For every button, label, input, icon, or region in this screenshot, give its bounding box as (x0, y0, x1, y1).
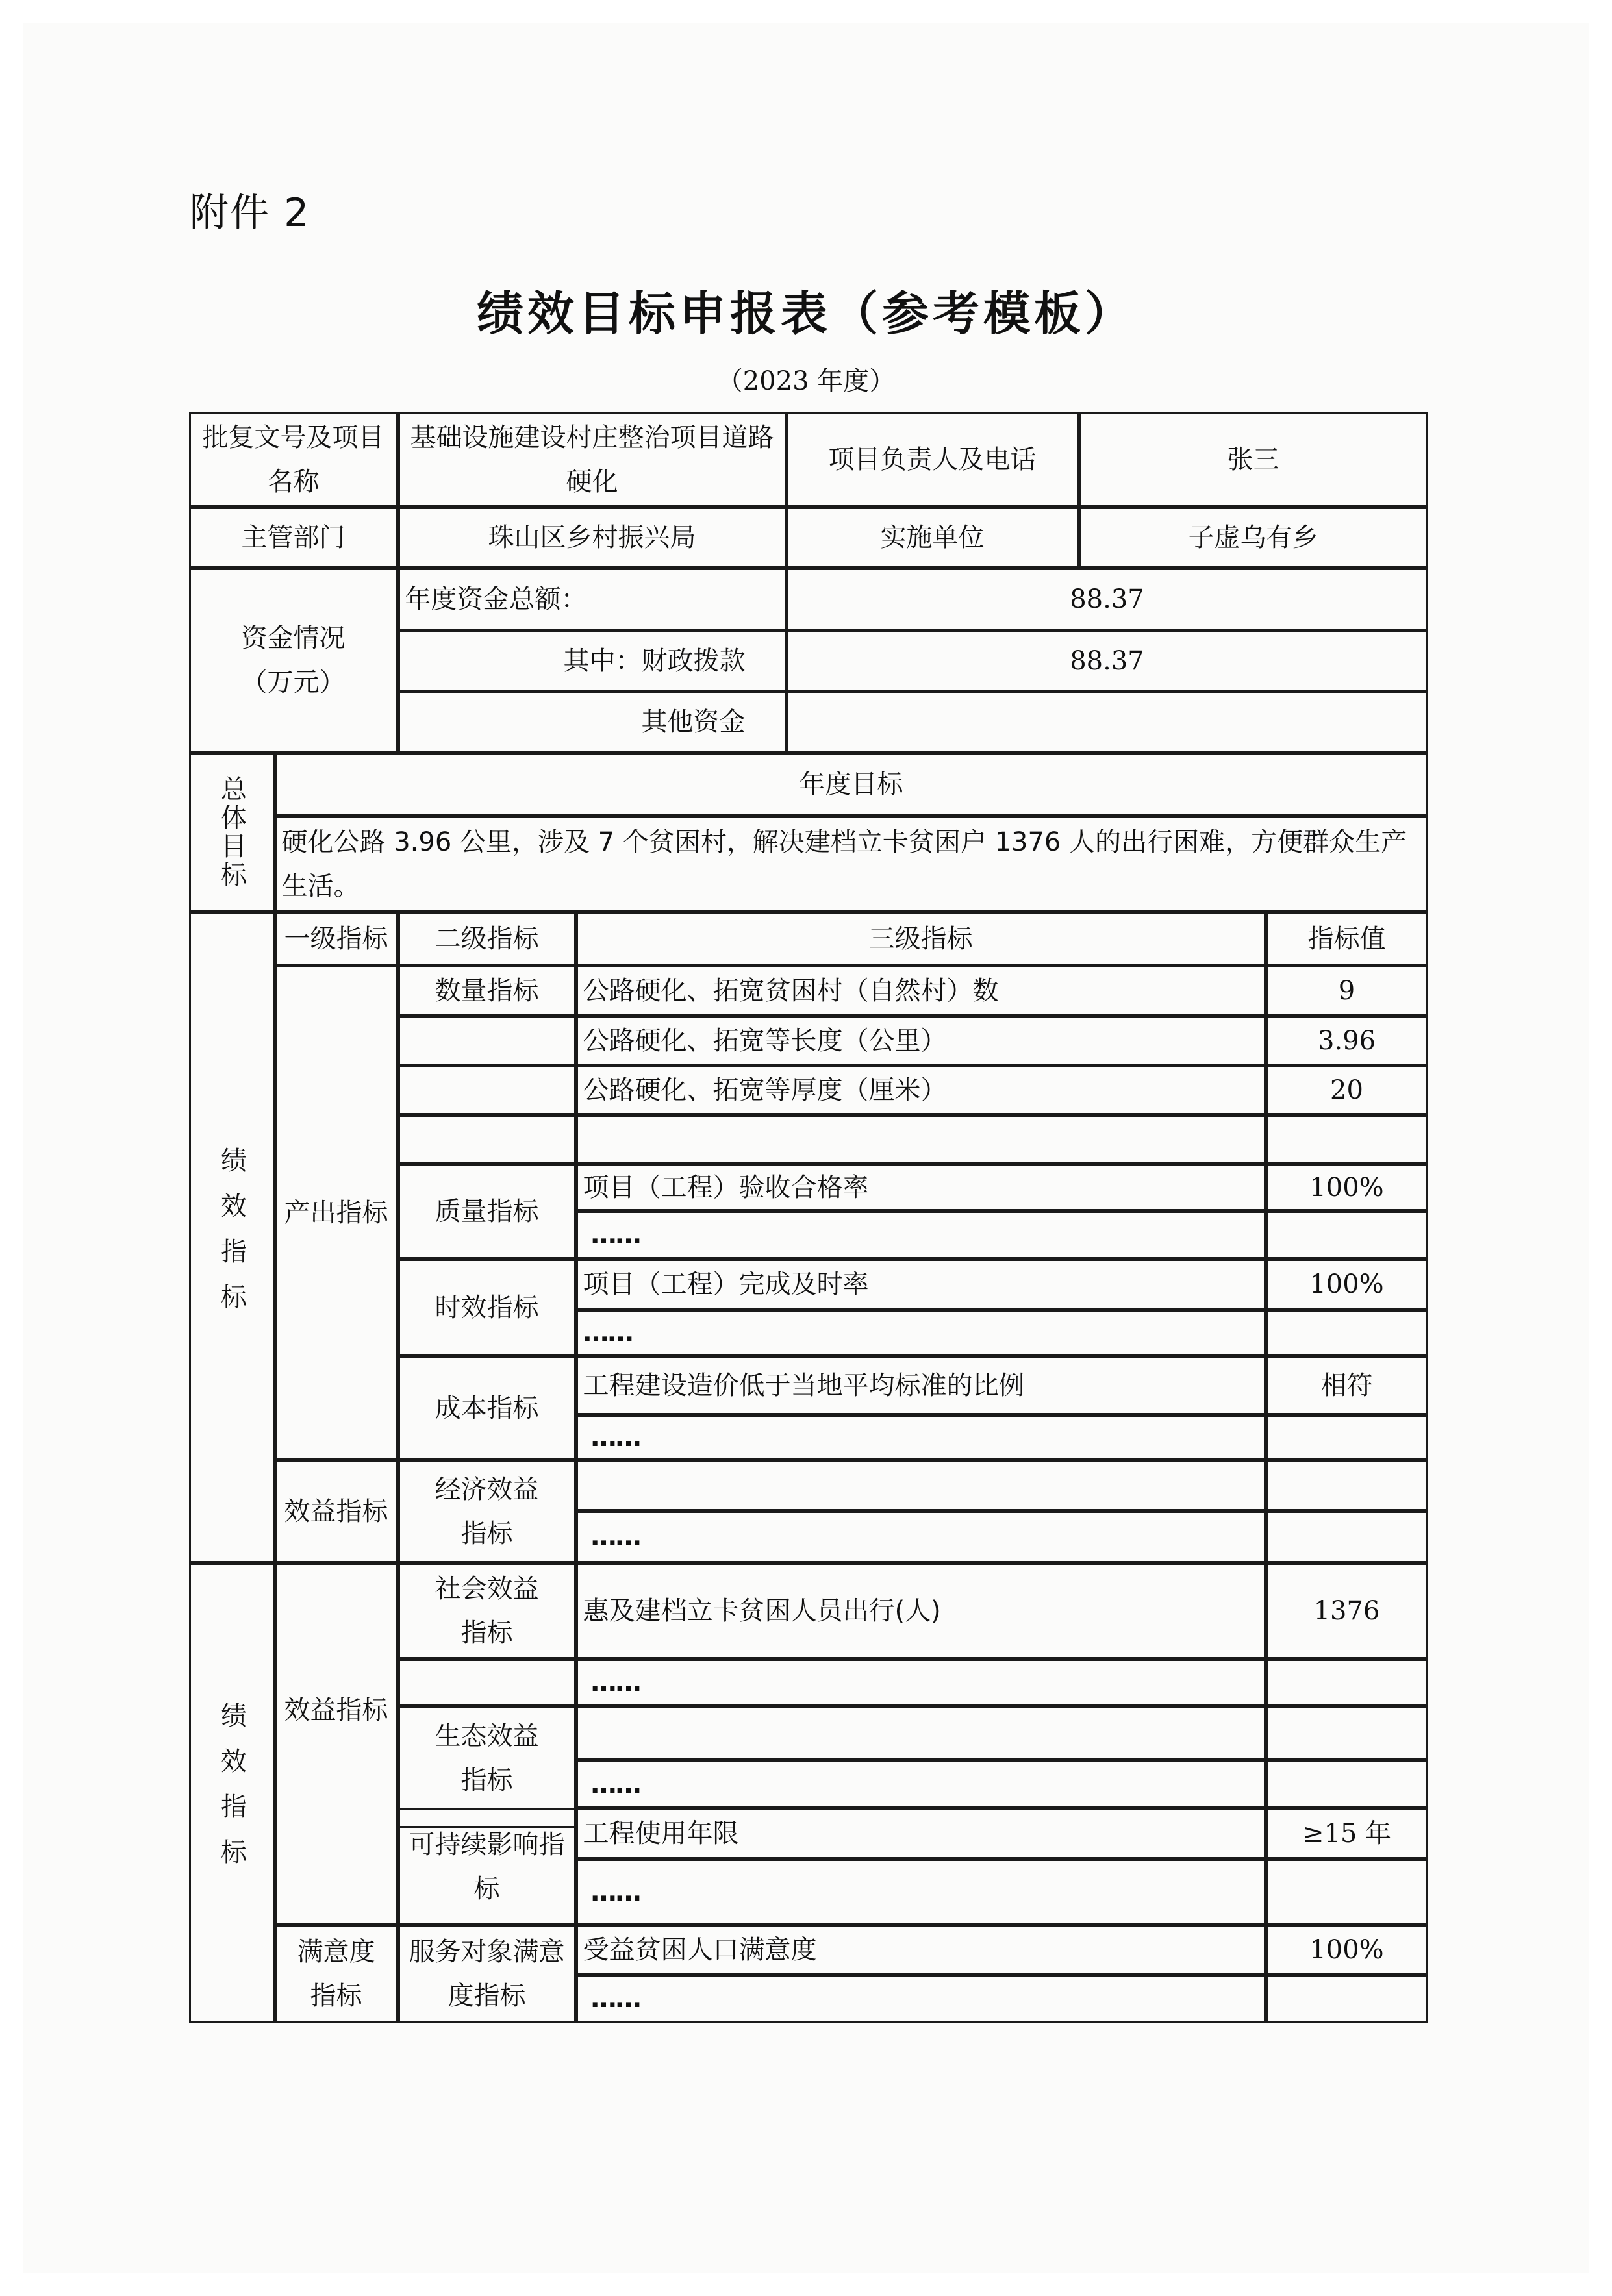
indicator-row-level3: 项目（工程）验收合格率 (576, 1164, 1266, 1211)
page-title: 绩效目标申报表（参考模板） (0, 276, 1612, 343)
social-benefit-blank (398, 1659, 576, 1706)
indicator-row-level3: …… (576, 1310, 1266, 1356)
indicator-row-value: 3.96 (1266, 1016, 1428, 1066)
indicator-row-level3: …… (576, 1859, 1266, 1925)
funding-label: 资金情况（万元） (189, 568, 398, 753)
header-level3: 三级指标 (576, 912, 1266, 966)
overall-goal-label-text: 总体目标 (219, 775, 245, 890)
department-label: 主管部门 (189, 507, 398, 568)
indicator-row-level3: …… (576, 1975, 1266, 2023)
funding-other-value (787, 692, 1428, 753)
annual-goal-text: 硬化公路 3.96 公里，涉及 7 个贫困村，解决建档立卡贫困户 1376 人的… (275, 816, 1428, 912)
quantity-blank-3 (398, 1115, 576, 1164)
timeliness-indicator-label: 时效指标 (398, 1259, 576, 1356)
indicator-row-value (1266, 1511, 1428, 1563)
indicator-row-level3: 工程使用年限 (576, 1808, 1266, 1859)
quantity-blank-2 (398, 1066, 576, 1115)
indicator-row-value: 9 (1266, 966, 1428, 1016)
indicator-row-level3: 受益贫困人口满意度 (576, 1925, 1266, 1975)
satisfaction-indicator-label: 满意度指标 (275, 1925, 398, 2023)
department-value: 珠山区乡村振兴局 (398, 507, 787, 568)
service-satisfaction-label: 服务对象满意度指标 (398, 1925, 576, 2023)
header-level1: 一级指标 (275, 912, 398, 966)
indicator-row-value (1266, 1115, 1428, 1164)
indicator-row-level3: 惠及建档立卡贫困人员出行(人) (576, 1563, 1266, 1659)
indicator-row-value (1266, 1415, 1428, 1460)
indicator-row-level3: 公路硬化、拓宽等厚度（厘米） (576, 1066, 1266, 1115)
indicator-row-level3: 公路硬化、拓宽贫困村（自然村）数 (576, 966, 1266, 1016)
indicator-row-value: 100% (1266, 1164, 1428, 1211)
header-level2: 二级指标 (398, 912, 576, 966)
indicator-row-level3 (576, 1115, 1266, 1164)
indicator-row-value (1266, 1211, 1428, 1259)
benefit-indicator-label: 效益指标 (275, 1460, 398, 1563)
cost-indicator-label: 成本指标 (398, 1356, 576, 1460)
indicator-row-value (1266, 1460, 1428, 1511)
indicator-row-level3: 工程建设造价低于当地平均标准的比例 (576, 1356, 1266, 1415)
economic-benefit-label: 经济效益指标 (398, 1460, 576, 1563)
indicator-row-value (1266, 1659, 1428, 1706)
annual-goal-header: 年度目标 (275, 753, 1428, 816)
indicator-row-level3: …… (576, 1415, 1266, 1460)
section1-label: 绩效指标 (189, 912, 275, 1563)
attachment-label: 附件 2 (190, 182, 310, 238)
indicator-row-value (1266, 1310, 1428, 1356)
funding-fiscal-value: 88.37 (787, 630, 1428, 692)
funding-fiscal-label: 其中：财政拨款 (398, 630, 787, 692)
section2-label-text: 绩效指标 (219, 1702, 245, 1884)
indicator-row-value: 20 (1266, 1066, 1428, 1115)
section2-label: 绩效指标 (189, 1563, 275, 2023)
project-name-label: 批复文号及项目名称 (189, 412, 398, 507)
overall-goal-label: 总体目标 (189, 753, 275, 912)
indicator-row-value (1266, 1760, 1428, 1808)
indicator-row-level3: …… (576, 1659, 1266, 1706)
indicator-row-value (1266, 1706, 1428, 1760)
indicator-row-value: 相符 (1266, 1356, 1428, 1415)
benefit-indicator-label-2: 效益指标 (275, 1563, 398, 1925)
output-indicator-label: 产出指标 (275, 966, 398, 1460)
social-benefit-label: 社会效益指标 (398, 1563, 576, 1659)
implementer-value: 子虚乌有乡 (1079, 507, 1428, 568)
header-value: 指标值 (1266, 912, 1428, 966)
project-lead-label: 项目负责人及电话 (787, 412, 1079, 507)
funding-total-label: 年度资金总额： (398, 568, 787, 630)
indicator-row-level3 (576, 1460, 1266, 1511)
indicator-row-value (1266, 1859, 1428, 1925)
indicator-row-value: ≥15 年 (1266, 1808, 1428, 1859)
quantity-indicator-label: 数量指标 (398, 966, 576, 1016)
implementer-label: 实施单位 (787, 507, 1079, 568)
indicator-row-level3: 项目（工程）完成及时率 (576, 1259, 1266, 1310)
section1-label-text: 绩效指标 (219, 1147, 245, 1329)
indicator-row-level3: 公路硬化、拓宽等长度（公里） (576, 1016, 1266, 1066)
funding-other-label: 其他资金 (398, 692, 787, 753)
sustainable-impact-label: 可持续影响指标 (398, 1808, 576, 1925)
indicator-row-level3: …… (576, 1760, 1266, 1808)
quantity-blank-1 (398, 1016, 576, 1066)
quality-indicator-label: 质量指标 (398, 1164, 576, 1259)
indicator-row-level3: …… (576, 1511, 1266, 1563)
project-lead-value: 张三 (1079, 412, 1428, 507)
indicator-row-value: 1376 (1266, 1563, 1428, 1659)
funding-total-value: 88.37 (787, 568, 1428, 630)
indicator-row-level3 (576, 1706, 1266, 1760)
indicator-row-value: 100% (1266, 1925, 1428, 1975)
indicator-row-value: 100% (1266, 1259, 1428, 1310)
indicator-row-level3: …… (576, 1211, 1266, 1259)
project-name-value: 基础设施建设村庄整治项目道路硬化 (398, 412, 787, 507)
year-label: （2023 年度） (0, 360, 1612, 397)
indicator-row-value (1266, 1975, 1428, 2023)
